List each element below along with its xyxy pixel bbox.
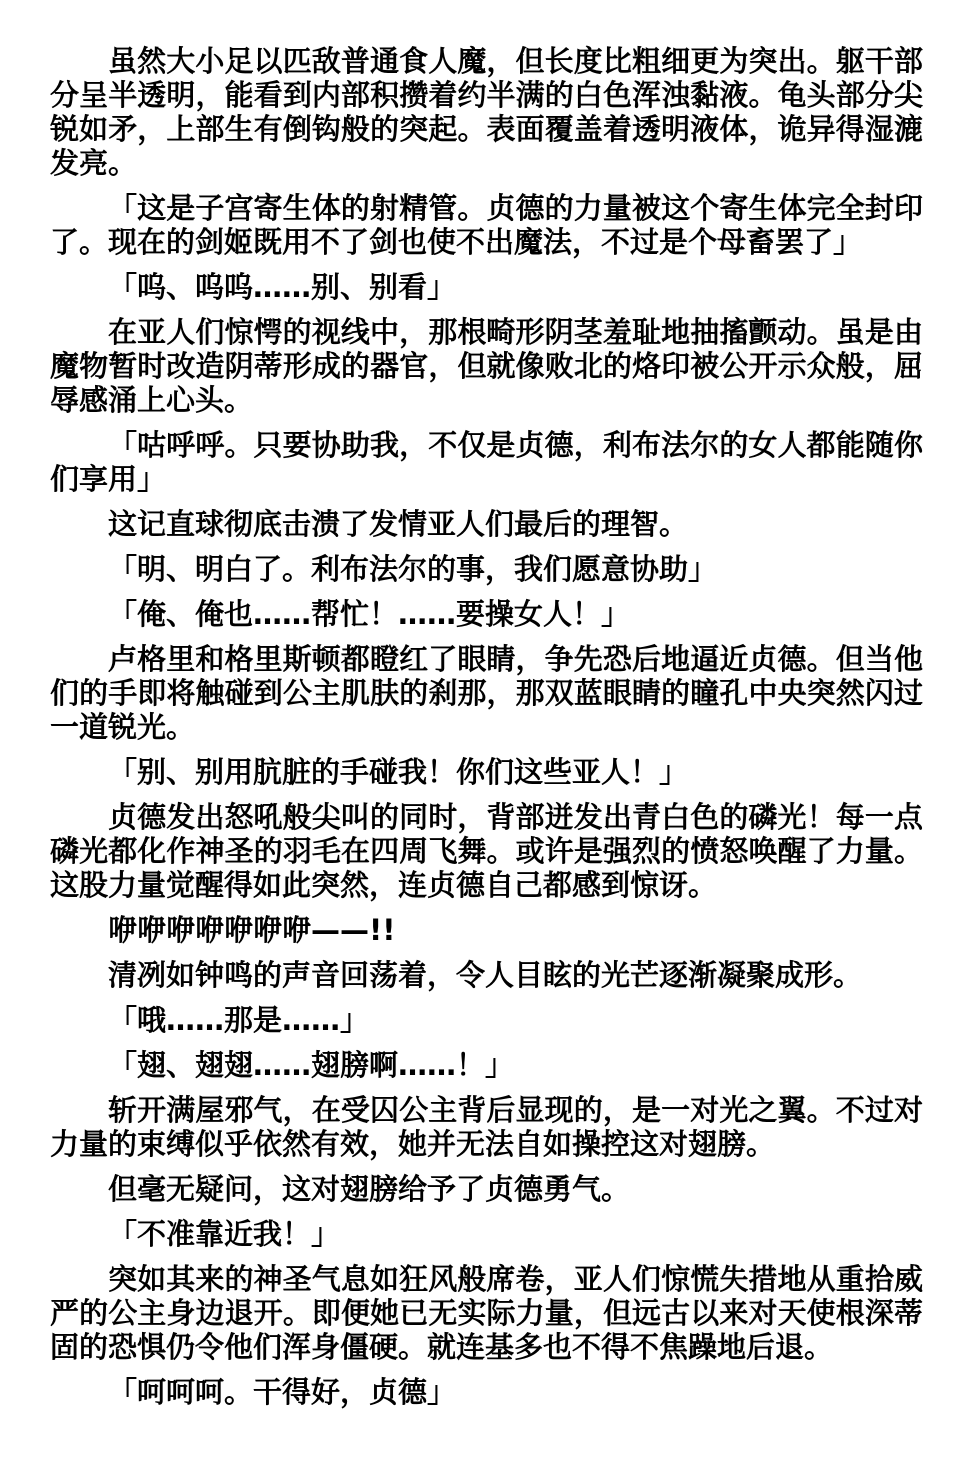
paragraph-narration-17: 但毫无疑问，这对翅膀给予了贞德勇气。 <box>50 1172 923 1206</box>
novel-page: 虽然大小足以匹敌普通食人魔，但长度比粗细更为突出。躯干部分呈半透明，能看到内部积… <box>0 0 974 1459</box>
paragraph-dialogue-7: 「明、明白了。利布法尔的事，我们愿意协助」 <box>50 552 923 586</box>
paragraph-narration-6: 这记直球彻底击溃了发情亚人们最后的理智。 <box>50 507 923 541</box>
paragraph-dialogue-3: 「呜、呜呜……别、别看」 <box>50 270 923 304</box>
paragraph-dialogue-15: 「翅、翅翅……翅膀啊……！」 <box>50 1048 923 1082</box>
paragraph-dialogue-5: 「咕呼呼。只要协助我，不仅是贞德，利布法尔的女人都能随你们享用」 <box>50 428 923 496</box>
paragraph-narration-16: 斩开满屋邪气，在受囚公主背后显现的，是一对光之翼。不过对力量的束缚似乎依然有效，… <box>50 1093 923 1161</box>
paragraph-dialogue-8: 「俺、俺也……帮忙！……要操女人！」 <box>50 597 923 631</box>
paragraph-narration-1: 虽然大小足以匹敌普通食人魔，但长度比粗细更为突出。躯干部分呈半透明，能看到内部积… <box>50 44 923 180</box>
paragraph-narration-9: 卢格里和格里斯顿都瞪红了眼睛，争先恐后地逼近贞德。但当他们的手即将触碰到公主肌肤… <box>50 642 923 744</box>
paragraph-narration-13: 清冽如钟鸣的声音回荡着，令人目眩的光芒逐渐凝聚成形。 <box>50 958 923 992</box>
paragraph-dialogue-18: 「不准靠近我！」 <box>50 1217 923 1251</box>
paragraph-narration-19: 突如其来的神圣气息如狂风般席卷，亚人们惊慌失措地从重拾威严的公主身边退开。即便她… <box>50 1262 923 1364</box>
paragraph-dialogue-14: 「哦……那是……」 <box>50 1003 923 1037</box>
paragraph-narration-11: 贞德发出怒吼般尖叫的同时，背部迸发出青白色的磷光！每一点磷光都化作神圣的羽毛在四… <box>50 800 923 902</box>
paragraph-dialogue-2: 「这是子宫寄生体的射精管。贞德的力量被这个寄生体完全封印了。现在的剑姬既用不了剑… <box>50 191 923 259</box>
paragraph-sfx-12: 咿咿咿咿咿咿咿——!! <box>50 913 923 947</box>
paragraph-dialogue-10: 「别、别用肮脏的手碰我！你们这些亚人！」 <box>50 755 923 789</box>
paragraph-narration-4: 在亚人们惊愕的视线中，那根畸形阴茎羞耻地抽搐颤动。虽是由魔物暂时改造阴蒂形成的器… <box>50 315 923 417</box>
paragraph-dialogue-20: 「呵呵呵。干得好，贞德」 <box>50 1375 923 1409</box>
